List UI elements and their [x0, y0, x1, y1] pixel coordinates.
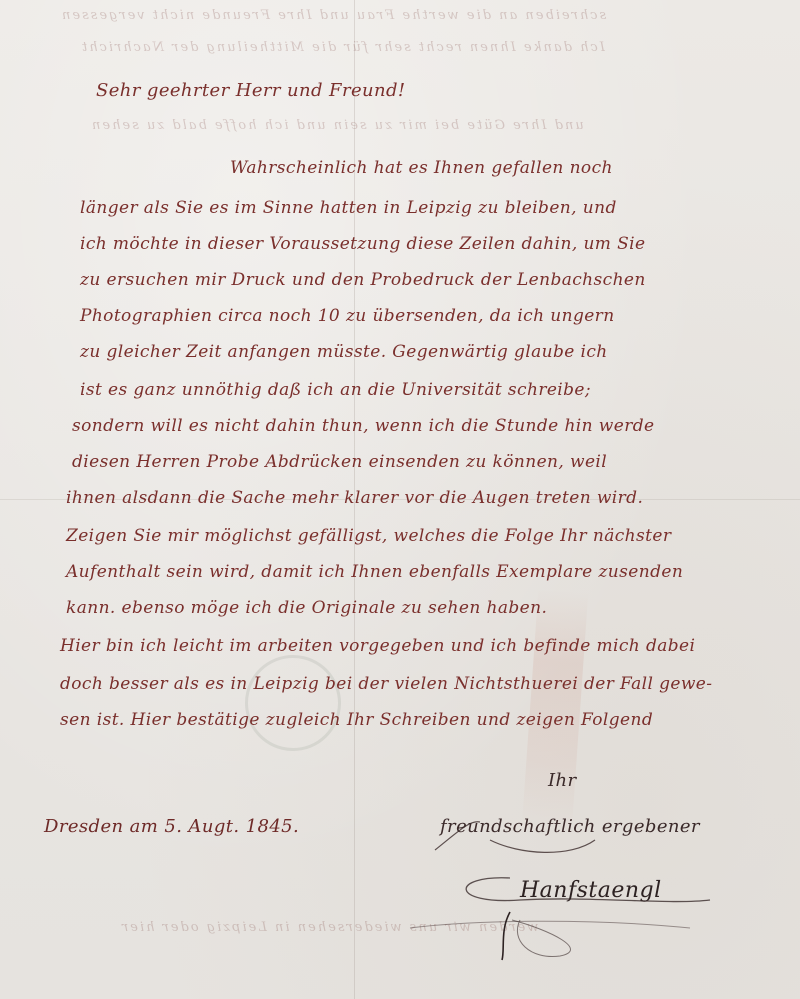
- salutation: Sehr geehrter Herr und Freund!: [96, 82, 406, 100]
- body-line: zu gleicher Zeit anfangen müsste. Gegenw…: [80, 344, 608, 361]
- closing-mark: Ihr: [548, 772, 577, 790]
- body-line: sondern will es nicht dahin thun, wenn i…: [72, 418, 654, 435]
- bleed-through-line: schreiben an die werthe Frau und Ihre Fr…: [60, 8, 606, 23]
- bleed-through-line: werden wir uns wiedersehen in Leipzig od…: [120, 920, 538, 935]
- body-line: sen ist. Hier bestätige zugleich Ihr Sch…: [60, 712, 653, 729]
- body-line: ihnen alsdann die Sache mehr klarer vor …: [66, 490, 643, 507]
- bleed-through-line: und Ihre Güte bei mir zu sein und ich ho…: [90, 118, 584, 133]
- signature: Hanfstaengl: [520, 880, 662, 902]
- body-line: länger als Sie es im Sinne hatten in Lei…: [80, 200, 617, 217]
- body-line: zu ersuchen mir Druck und den Probedruck…: [80, 272, 646, 289]
- body-line: Zeigen Sie mir möglichst gefälligst, wel…: [66, 528, 671, 545]
- closing-phrase: freundschaftlich ergebener: [440, 818, 700, 836]
- body-line: ist es ganz unnöthig daß ich an die Univ…: [80, 382, 591, 399]
- body-line: Hier bin ich leicht im arbeiten vorgegeb…: [60, 638, 695, 655]
- library-stamp: [226, 636, 360, 770]
- bleed-through-line: Ich danke Ihnen recht sehr für die Mitth…: [80, 40, 605, 55]
- body-line: diesen Herren Probe Abdrücken einsenden …: [72, 454, 607, 471]
- letter-page: schreiben an die werthe Frau und Ihre Fr…: [0, 0, 800, 999]
- body-line: Aufenthalt sein wird, damit ich Ihnen eb…: [66, 564, 683, 581]
- body-line: ich möchte in dieser Voraussetzung diese…: [80, 236, 645, 253]
- body-line: doch besser als es in Leipzig bei der vi…: [60, 676, 712, 693]
- body-line: Photographien circa noch 10 zu übersende…: [80, 308, 615, 325]
- dateline: Dresden am 5. Augt. 1845.: [44, 818, 299, 836]
- body-line: Wahrscheinlich hat es Ihnen gefallen noc…: [230, 160, 613, 177]
- signature-flourish: [390, 860, 720, 970]
- body-line: kann. ebenso möge ich die Originale zu s…: [66, 600, 547, 617]
